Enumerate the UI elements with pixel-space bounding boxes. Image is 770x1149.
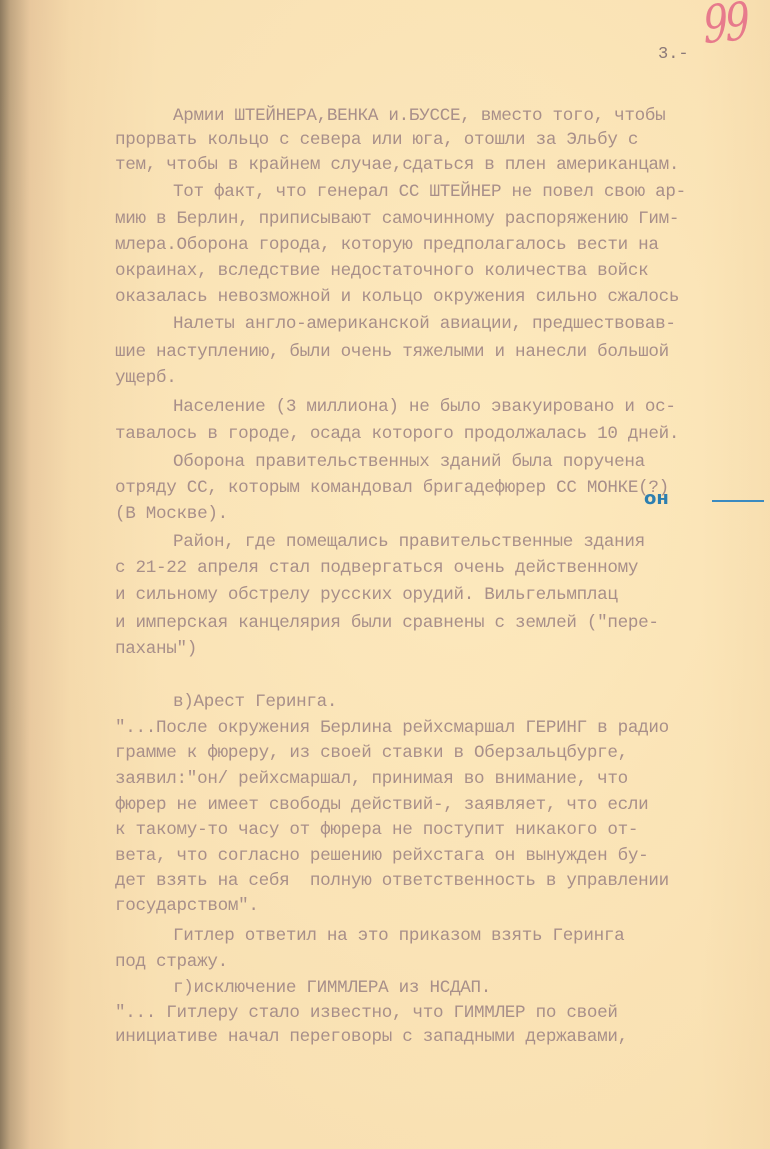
text-line: Тот факт, что генерал СС ШТЕЙНЕР не пове… — [173, 180, 686, 205]
text-line: дет взять на себя полную ответственность… — [115, 869, 669, 894]
text-line: мию в Берлин, приписывают самочинному ра… — [115, 207, 679, 232]
text-line: паханы") — [115, 637, 197, 662]
text-line: отряду СС, которым командовал бригадефюр… — [115, 476, 669, 501]
text-line: г)исключение ГИММЛЕРА из НСДАП. — [173, 976, 491, 1001]
text-line: "...После окружения Берлина рейхсмаршал … — [115, 716, 669, 741]
text-line: вета, что согласно решению рейхстага он … — [115, 844, 648, 869]
text-line: тавалось в городе, осада которого продол… — [115, 422, 679, 447]
text-line: и имперская канцелярия были сравнены с з… — [115, 611, 659, 636]
text-line: "... Гитлеру стало известно, что ГИММЛЕР… — [115, 1001, 618, 1026]
text-line: Население (3 миллиона) не было эвакуиров… — [173, 395, 676, 420]
text-line: ущерб. — [115, 366, 177, 391]
text-line: Армии ШТЕЙНЕРА,ВЕНКА и.БУССЕ, вместо тог… — [173, 104, 665, 129]
text-line: Налеты англо-американской авиации, предш… — [173, 312, 676, 337]
strikethrough-mark — [712, 500, 764, 502]
text-line: инициативе начал переговоры с западными … — [115, 1025, 628, 1050]
text-line: под стражу. — [115, 950, 228, 975]
text-line: тем, чтобы в крайнем случае,сдаться в пл… — [115, 153, 679, 178]
text-line: фюрер не имеет свободы действий-, заявля… — [115, 793, 648, 818]
text-line: заявил:"он/ рейхсмаршал, принимая во вни… — [115, 767, 628, 792]
text-line: грамме к фюреру, из своей ставки в Оберз… — [115, 741, 628, 766]
text-line: Район, где помещались правительственные … — [173, 530, 645, 555]
text-line: Оборона правительственных зданий была по… — [173, 450, 645, 475]
text-line: с 21-22 апреля стал подвергаться очень д… — [115, 556, 638, 581]
text-line: оказалась невозможной и кольцо окружения… — [115, 285, 679, 310]
text-line: в)Арест Геринга. — [173, 690, 337, 715]
text-line: прорвать кольцо с севера или юга, отошли… — [115, 128, 638, 153]
text-line: шие наступлению, были очень тяжелыми и н… — [115, 340, 669, 365]
text-line: к такому-то часу от фюрера не поступит н… — [115, 818, 638, 843]
text-line: Гитлер ответил на это приказом взять Гер… — [173, 924, 624, 949]
text-line: окраинах, вследствие недостаточного коли… — [115, 259, 648, 284]
text-line: государством". — [115, 894, 259, 919]
text-line: и сильному обстрелу русских орудий. Виль… — [115, 583, 618, 608]
typed-page-number: 3.- — [658, 45, 689, 64]
handwritten-correction: он — [644, 488, 669, 509]
text-line: (В Москве). — [115, 502, 228, 527]
text-line: млера.Оборона города, которую предполага… — [115, 233, 659, 258]
handwritten-page-number: 99 — [702, 0, 749, 56]
